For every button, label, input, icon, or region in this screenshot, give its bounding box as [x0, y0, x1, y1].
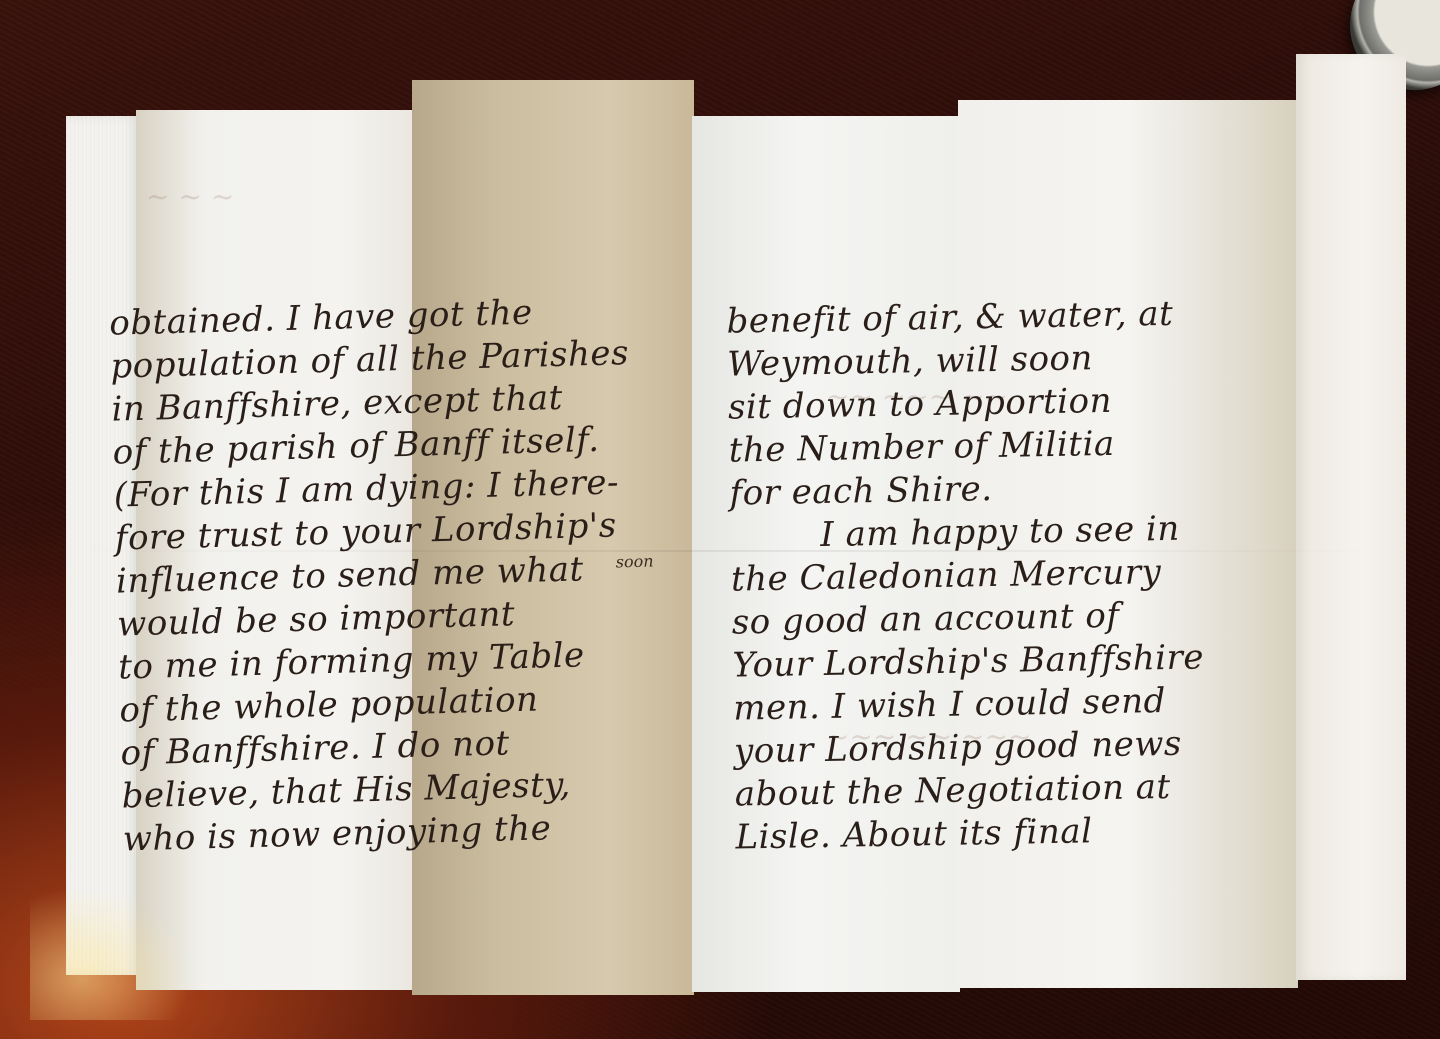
ink-bleed-through: ~ ~ ~	[146, 180, 234, 213]
left-handwritten-column: obtained. I have got the population of a…	[109, 288, 703, 862]
interlinear-insertion: soon	[615, 540, 654, 584]
letter: ~ ~ ~ ~~ ~~~ ~~ ~~~ ~~ ~~~ obtained. I h…	[66, 80, 1406, 1010]
right-handwritten-column: benefit of air, & water, at Weymouth, wi…	[726, 289, 1376, 859]
